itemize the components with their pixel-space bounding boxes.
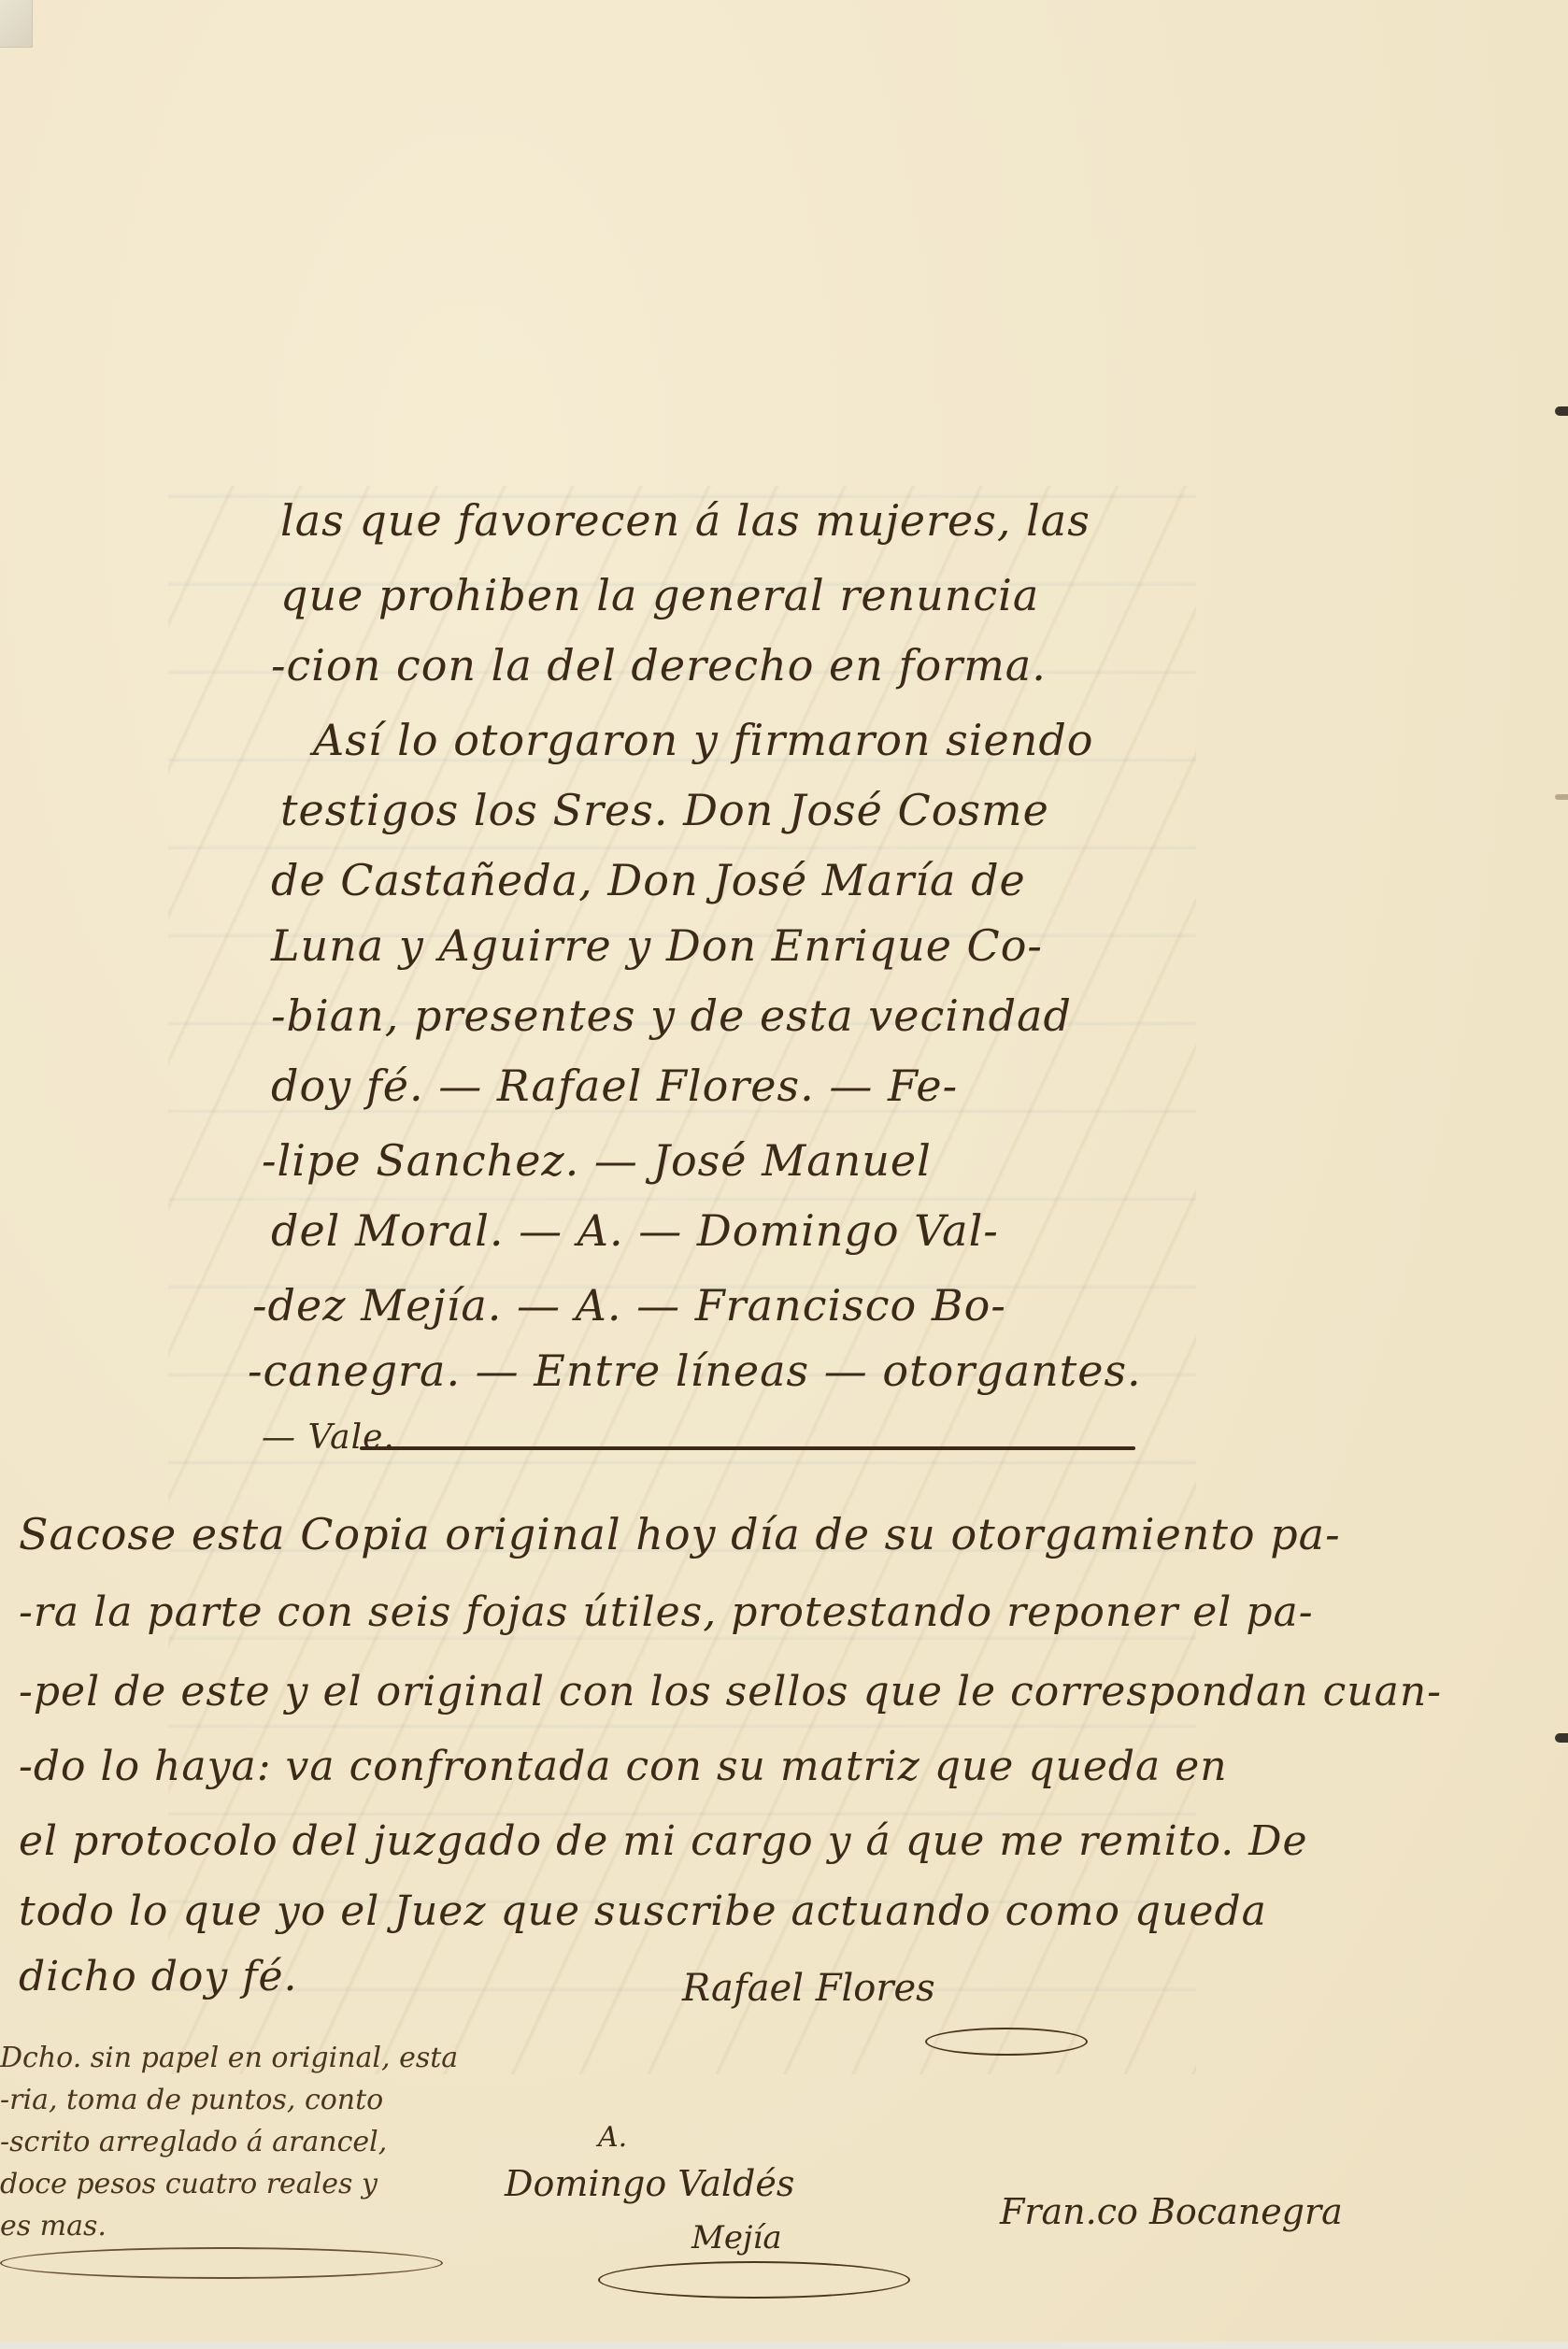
certification-line: el protocolo del juzgado de mi cargo y á… — [19, 1817, 1308, 1865]
margin-note-line: -ria, toma de puntos, conto — [0, 2084, 383, 2116]
certification-line: Sacose esta Copia original hoy día de su… — [19, 1509, 1341, 1559]
signature-witness-1-surname: Mejía — [691, 2219, 782, 2256]
signature-prefix: A. — [598, 2121, 627, 2154]
folded-corner — [0, 0, 33, 48]
closing-rule — [360, 1446, 1135, 1450]
signature-witness-2: Fran.co Bocanegra — [1000, 2191, 1343, 2232]
margin-flourish — [0, 2247, 443, 2279]
edge-tear — [1555, 406, 1568, 416]
column-line: Luna y Aguirre y Don Enrique Co- — [271, 920, 1043, 971]
margin-note-line: doce pesos cuatro reales y — [0, 2168, 378, 2200]
column-line: -bian, presentes y de esta vecindad — [271, 990, 1072, 1041]
certification-line: dicho doy fé. — [19, 1953, 298, 2000]
column-line: -canegra. — Entre líneas — otorgantes. — [248, 1345, 1142, 1396]
column-line: las que favorecen á las mujeres, las — [280, 495, 1090, 546]
certification-line: todo lo que yo el Juez que suscribe actu… — [19, 1887, 1267, 1935]
signature-flourish — [598, 2261, 910, 2299]
certification-line: -pel de este y el original con los sello… — [19, 1668, 1442, 1715]
signature-flourish — [925, 2028, 1088, 2056]
certification-line: -do lo haya: va confrontada con su matri… — [19, 1743, 1228, 1790]
edge-tear — [1555, 1733, 1568, 1743]
column-line: de Castañeda, Don José María de — [271, 855, 1026, 905]
column-line: — Vale. — [262, 1418, 395, 1457]
certification-line: -ra la parte con seis fojas útiles, prot… — [19, 1588, 1314, 1636]
signature-witness-1: Domingo Valdés — [505, 2163, 794, 2204]
margin-note-line: es mas. — [0, 2210, 107, 2242]
column-line: -lipe Sanchez. — José Manuel — [262, 1135, 932, 1186]
column-line: testigos los Sres. Don José Cosme — [280, 785, 1049, 835]
column-line: doy fé. — Rafael Flores. — Fe- — [271, 1061, 958, 1111]
document-page: las que favorecen á las mujeres, las que… — [0, 0, 1568, 2349]
column-line: Así lo otorgaron y firmaron siendo — [313, 715, 1093, 765]
margin-note-line: -scrito arreglado á arancel, — [0, 2126, 387, 2158]
margin-note-line: Dcho. sin papel en original, esta — [0, 2042, 458, 2074]
column-line: del Moral. — A. — Domingo Val- — [271, 1205, 999, 1256]
column-line: -cion con la del derecho en forma. — [271, 640, 1047, 690]
edge-tear — [1555, 794, 1568, 800]
column-line: que prohiben la general renuncia — [280, 570, 1039, 620]
scan-edge — [0, 2342, 1568, 2349]
column-line: -dez Mejía. — A. — Francisco Bo- — [252, 1280, 1006, 1331]
signature-judge: Rafael Flores — [682, 1967, 935, 2010]
